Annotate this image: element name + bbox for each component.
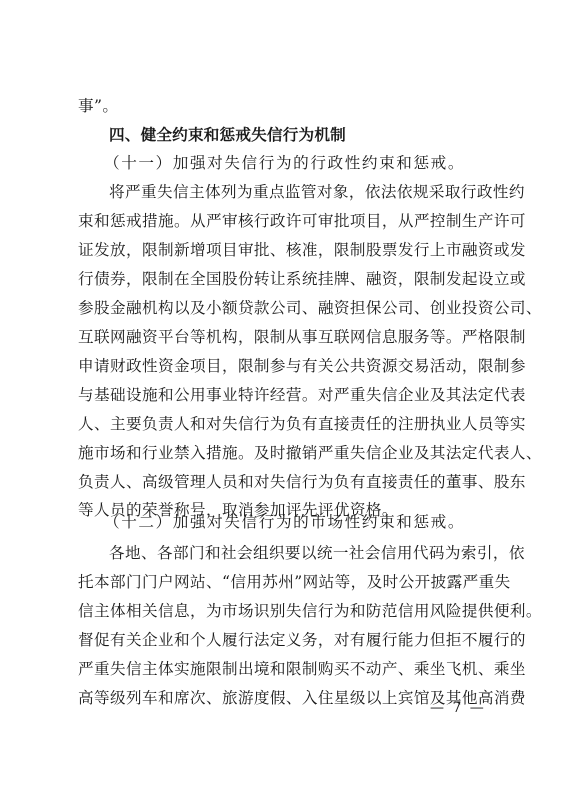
subsection-heading-11: （十一）加强对失信行为的行政性约束和惩戒。: [104, 153, 534, 173]
section-heading: 四、健全约束和惩戒失信行为机制: [109, 125, 539, 145]
body-line: 行债券，限制在全国股份转让系统挂牌、融资，限制发起设立或: [78, 269, 508, 289]
body-line: 各地、各部门和社会组织要以统一社会信用代码为索引，依: [109, 543, 539, 563]
body-line: 互联网融资平台等机构，限制从事互联网信息服务等。严格限制: [78, 327, 508, 347]
document-page: 事”。 四、健全约束和惩戒失信行为机制 （十一）加强对失信行为的行政性约束和惩戒…: [0, 0, 578, 786]
body-line: 束和惩戒措施。从严审核行政许可审批项目，从严控制生产许可: [78, 211, 508, 231]
body-line: 严重失信主体实施限制出境和限制购买不动产、乘坐飞机、乘坐: [78, 659, 508, 679]
body-line: 证发放，限制新增项目审批、核准，限制股票发行上市融资或发: [78, 240, 508, 260]
body-line: 施市场和行业禁入措施。及时撤销严重失信企业及其法定代表人、: [78, 443, 508, 463]
body-line: 督促有关企业和个人履行法定义务，对有履行能力但拒不履行的: [78, 630, 508, 650]
body-line: 申请财政性资金项目，限制参与有关公共资源交易活动，限制参: [78, 356, 508, 376]
subsection-heading-12: （十二）加强对失信行为的市场性约束和惩戒。: [104, 512, 534, 532]
body-line: 与基础设施和公用事业特许经营。对严重失信企业及其法定代表: [78, 385, 508, 405]
body-line: 将严重失信主体列为重点监管对象，依法依规采取行政性约: [109, 182, 539, 202]
page-number: — 7 —: [430, 700, 486, 716]
body-line: 信主体相关信息，为市场识别失信行为和防范信用风险提供便利。: [78, 601, 508, 621]
paragraph-continuation: 事”。: [78, 96, 508, 116]
body-line: 托本部门门户网站、“信用苏州”网站等，及时公开披露严重失: [78, 572, 508, 592]
body-line: 参股金融机构以及小额贷款公司、融资担保公司、创业投资公司、: [78, 298, 508, 318]
body-line: 负责人、高级管理人员和对失信行为负有直接责任的董事、股东: [78, 472, 508, 492]
body-line: 人、主要负责人和对失信行为负有直接责任的注册执业人员等实: [78, 414, 508, 434]
